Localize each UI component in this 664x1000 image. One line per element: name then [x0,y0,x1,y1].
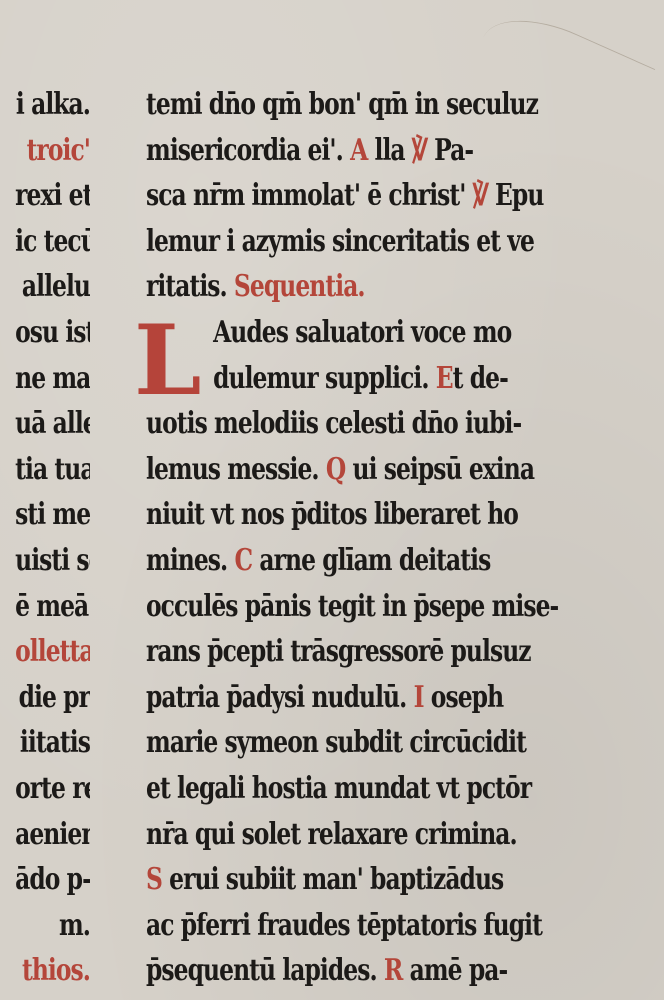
right-column: temi dn̄o qm̄ bon' qm̄ in seculuzmiseric… [146,82,576,994]
text-line: aenien- [15,812,90,858]
text-line: patria p̄adysi nudulū. I oseph [146,675,481,721]
rubric-initial: A [350,133,367,168]
text-line: ritatis. Sequentia. [146,264,481,310]
rubric-initial: S [146,862,162,897]
text-line: osu isti [15,310,90,356]
text-segment: oseph [424,680,504,715]
manuscript-page: i alka.troic'rexi etic tecūalleluosu ist… [0,0,664,1000]
rubric-initial: Q [326,452,345,487]
text-line: ac p̄ferri fraudes tēptatoris fugit [146,903,481,949]
text-segment: lemur i azymis sinceritatis et ve [146,224,534,259]
text-line: orte re [15,766,90,812]
text-segment: misericordia ei'. [146,133,350,168]
text-line: temi dn̄o qm̄ bon' qm̄ in seculuz [146,82,481,128]
rubric-initial: E [436,361,453,396]
rubric-initial: ℣ [412,133,427,168]
text-segment: erui subiit man' baptizādus [162,862,503,897]
text-line: lemur i azymis sinceritatis et ve [146,219,481,265]
text-segment: sca nr̄m immolat' ē christ' [146,178,473,213]
text-line: sca nr̄m immolat' ē christ' ℣ Epu [146,173,481,219]
text-segment: ac p̄ferri fraudes tēptatoris fugit [146,908,542,943]
rubric-initial: C [234,543,252,578]
text-line: dulemur supplici. Et de- [146,356,481,402]
text-line: tia tua [15,447,90,493]
text-segment: nr̄a qui solet relaxare crimina. [146,817,517,852]
rubric-line: olletta. [15,629,90,675]
text-line: S erui subiit man' baptizādus [146,857,481,903]
text-line: marie symeon subdit circūcidit [146,720,481,766]
text-segment: et legali hostia mundat vt pctōr [146,771,531,806]
rubric-initial: I [414,680,424,715]
text-segment: rans p̄cepti trāsgressorē pulsuz [146,634,531,669]
rubric-line: thios. [15,948,90,994]
text-segment: uotis melodiis celesti dn̄o iubi- [146,406,521,441]
text-segment: temi dn̄o qm̄ bon' qm̄ in seculuz [146,87,538,122]
text-segment: p̄sequentū lapides. [146,953,384,988]
text-line: et legali hostia mundat vt pctōr [146,766,481,812]
text-segment: marie symeon subdit circūcidit [146,725,526,760]
text-line: mines. C arne glīam deitatis [146,538,481,584]
text-line: Audes saluatori voce mo [146,310,481,356]
text-line: allelu [15,264,90,310]
text-line: uotis melodiis celesti dn̄o iubi- [146,401,481,447]
text-line: die pr [15,675,90,721]
text-segment: arne glīam deitatis [252,543,490,578]
text-segment: amē pa- [402,953,507,988]
text-segment: dulemur supplici. [213,361,436,396]
text-line: p̄sequentū lapides. R amē pa- [146,948,481,994]
text-line: uā alle [15,401,90,447]
text-line: ic tecū [15,219,90,265]
text-segment: ritatis. [146,269,234,304]
text-line: uisti sef [15,538,90,584]
rubric-initial: R [384,953,403,988]
text-segment: Pa- [427,133,473,168]
rubric-line: troic' [15,128,90,174]
text-segment: ui seipsū exina [345,452,534,487]
text-line: ne ma [15,356,90,402]
text-line: misericordia ei'. A lla ℣ Pa- [146,128,481,174]
text-segment: niuit vt nos p̄ditos liberaret ho [146,497,518,532]
text-line: lemus messie. Q ui seipsū exina [146,447,481,493]
rubric-initial: ℣ [473,178,488,213]
text-segment: lla [367,133,412,168]
text-segment: Epu [488,178,544,213]
text-line: ādo p- [15,857,90,903]
text-segment: mines. [146,543,234,578]
text-line: sti me [15,492,90,538]
text-line: occulēs pānis tegit in p̄sepe mise- [146,584,481,630]
text-line: nr̄a qui solet relaxare crimina. [146,812,481,858]
text-line: niuit vt nos p̄ditos liberaret ho [146,492,481,538]
text-line: rexi et [15,173,90,219]
text-segment: t de- [453,361,508,396]
text-line: i alka. [15,82,90,128]
text-line: m. [15,903,90,949]
text-segment: lemus messie. [146,452,326,487]
text-segment: patria p̄adysi nudulū. [146,680,414,715]
text-segment: occulēs pānis tegit in p̄sepe mise- [146,589,558,624]
text-segment: Audes saluatori voce mo [213,315,511,350]
text-line: rans p̄cepti trāsgressorē pulsuz [146,629,481,675]
left-column: i alka.troic'rexi etic tecūalleluosu ist… [0,82,90,994]
text-line: ē meā. [15,584,90,630]
text-line: iitatis [15,720,90,766]
rubric-initial: Sequentia. [234,269,365,304]
